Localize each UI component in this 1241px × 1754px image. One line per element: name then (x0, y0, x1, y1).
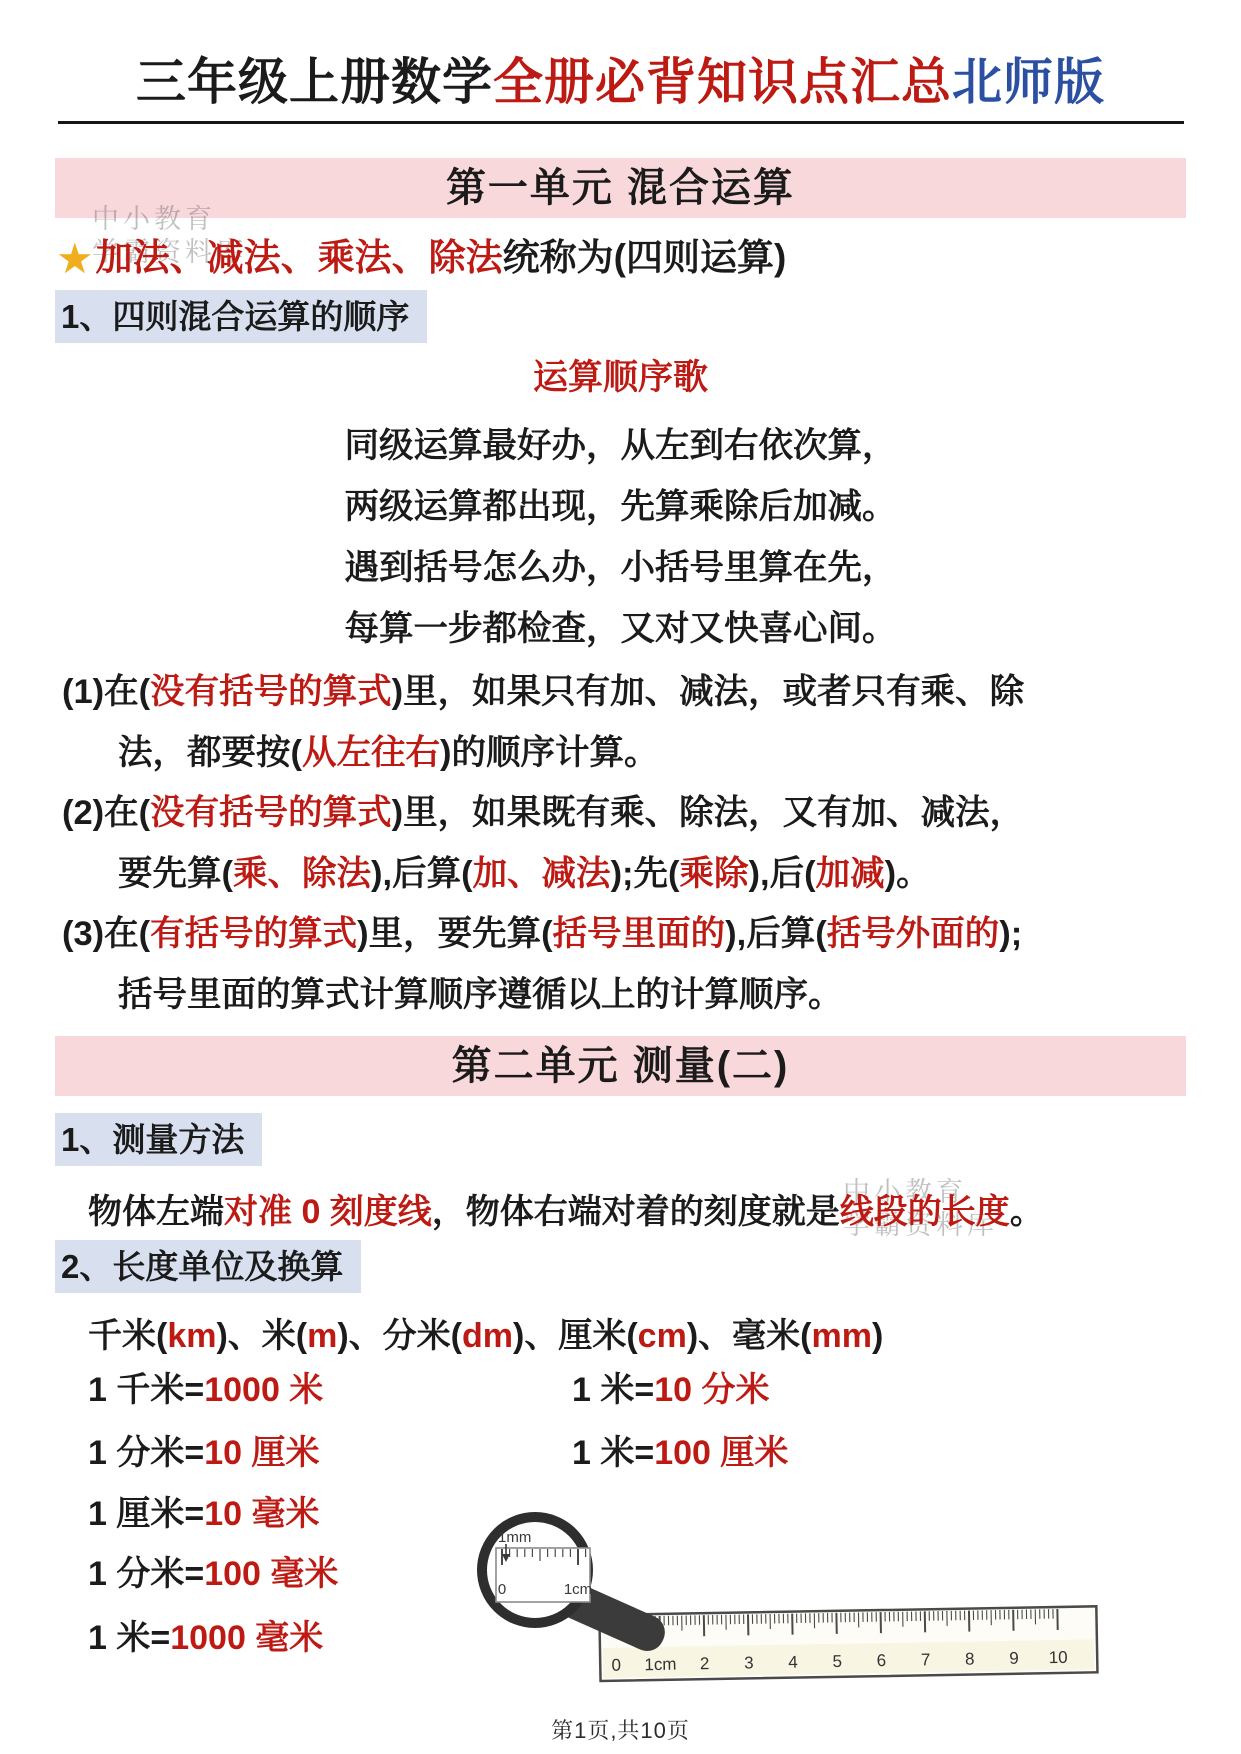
conversion-row: 1 米=100 厘米 (572, 1425, 788, 1474)
measure-method-line: 物体左端对准 0 刻度线，物体右端对着的刻度就是线段的长度。 (88, 1184, 1044, 1233)
title-black: 三年级上册数学 (136, 54, 493, 110)
svg-text:5: 5 (832, 1652, 842, 1671)
unit2-header-banner: 第二单元 测量(二) (55, 1036, 1186, 1096)
unit1-header-text: 第一单元 混合运算 (446, 166, 795, 210)
document-page: 三年级上册数学全册必背知识点汇总北师版 第一单元 混合运算 中小教育 学霸资料库… (0, 0, 1241, 1754)
rule-2-line-2: 要先算(乘、除法),后算(加、减法);先(乘除),后(加减)。 (62, 844, 1199, 905)
rule-2-line-1: (2)在(没有括号的算式)里，如果既有乘、除法，又有加、减法， (62, 783, 1199, 844)
page-title: 三年级上册数学全册必背知识点汇总北师版 (0, 42, 1241, 114)
intro-line: ★加法、减法、乘法、除法统称为(四则运算) (56, 227, 786, 283)
page-number: 第1页,共10页 (0, 1714, 1241, 1745)
intro-red: 加法、减法、乘法、除法 (96, 237, 503, 278)
calculation-rules: (1)在(没有括号的算式)里，如果只有加、减法，或者只有乘、除 法，都要按(从左… (62, 662, 1199, 1025)
title-blue: 北师版 (952, 54, 1105, 110)
conversion-row: 1 米=10 分米 (572, 1362, 769, 1411)
operation-order-song: 同级运算最好办，从左到右依次算， 两级运算都出现，先算乘除后加减。 遇到括号怎么… (0, 416, 1241, 660)
star-icon: ★ (56, 235, 94, 282)
rule-1-line-2: 法，都要按(从左往右)的顺序计算。 (62, 723, 1199, 784)
conversion-row: 1 米=1000 毫米 (88, 1610, 323, 1659)
mag-zero-label: 0 (498, 1581, 506, 1598)
unit2-header-text: 第二单元 测量(二) (452, 1044, 790, 1088)
unit2-topic2-text: 2、长度单位及换算 (61, 1248, 343, 1285)
title-underline (58, 121, 1184, 124)
svg-text:2: 2 (700, 1654, 710, 1673)
unit2-topic2: 2、长度单位及换算 (55, 1240, 361, 1293)
rule-3-line-2: 括号里面的算式计算顺序遵循以上的计算顺序。 (62, 965, 1199, 1026)
mag-1cm-label: 1cm (564, 1581, 592, 1598)
unit2-topic1: 1、测量方法 (55, 1113, 262, 1166)
mm-label: 1mm (498, 1529, 531, 1546)
main-ruler: 0 1cm 2 3 4 5 6 7 8 9 10 (599, 1606, 1097, 1681)
unit2-topic1-text: 1、测量方法 (61, 1121, 244, 1158)
svg-text:3: 3 (744, 1653, 754, 1672)
svg-text:8: 8 (965, 1649, 975, 1668)
rule-1-line-1: (1)在(没有括号的算式)里，如果只有加、减法，或者只有乘、除 (62, 662, 1199, 723)
song-line-3: 遇到括号怎么办，小括号里算在先， (0, 538, 1241, 599)
magnifier: 1mm 0 1cm (482, 1517, 670, 1656)
conversion-row: 1 厘米=10 毫米 (88, 1486, 319, 1535)
song-title: 运算顺序歌 (0, 350, 1241, 400)
svg-text:10: 10 (1049, 1648, 1068, 1667)
svg-text:1cm: 1cm (644, 1655, 676, 1675)
svg-text:9: 9 (1009, 1649, 1019, 1668)
ruler-illustration: 0 1cm 2 3 4 5 6 7 8 9 10 1mm 0 1cm (440, 1470, 1140, 1710)
rule-3-line-1: (3)在(有括号的算式)里，要先算(括号里面的),后算(括号外面的); (62, 904, 1199, 965)
length-units-line: 千米(km)、米(m)、分米(dm)、厘米(cm)、毫米(mm) (88, 1308, 883, 1357)
unit1-topic1: 1、四则混合运算的顺序 (55, 290, 427, 343)
conversion-row: 1 分米=10 厘米 (88, 1425, 319, 1474)
svg-text:4: 4 (788, 1653, 798, 1672)
title-red: 全册必背知识点汇总 (493, 54, 952, 110)
intro-black: 统称为(四则运算) (503, 237, 787, 278)
song-line-2: 两级运算都出现，先算乘除后加减。 (0, 477, 1241, 538)
song-line-1: 同级运算最好办，从左到右依次算， (0, 416, 1241, 477)
svg-text:6: 6 (877, 1651, 887, 1670)
svg-text:7: 7 (921, 1650, 931, 1669)
song-line-4: 每算一步都检查，又对又快喜心间。 (0, 599, 1241, 660)
svg-text:0: 0 (611, 1656, 621, 1675)
conversion-row: 1 千米=1000 米 (88, 1362, 323, 1411)
conversion-row: 1 分米=100 毫米 (88, 1546, 338, 1595)
unit1-topic1-text: 1、四则混合运算的顺序 (61, 298, 409, 335)
